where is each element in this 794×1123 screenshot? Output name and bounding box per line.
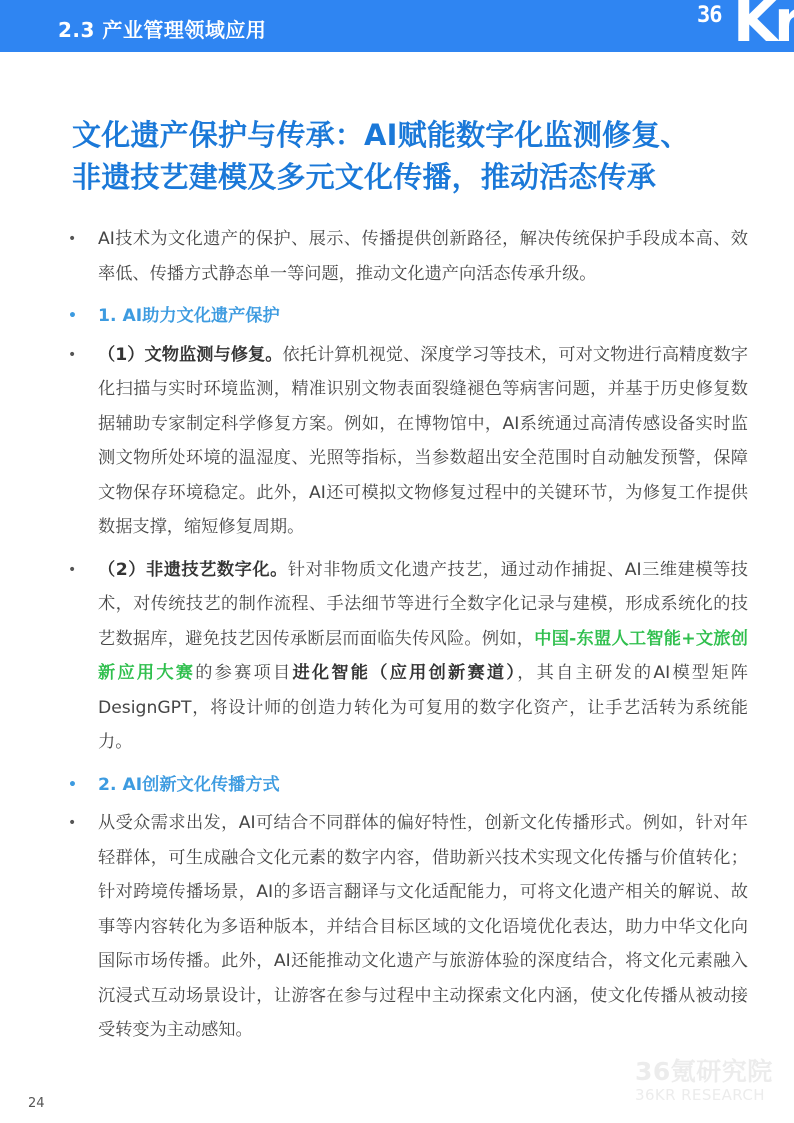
page-title-line-1: 文化遗产保护与传承：AI赋能数字化监测修复、 xyxy=(72,114,752,156)
item-relic-monitoring: （1）文物监测与修复。依托计算机视觉、深度学习等技术，可对文物进行高精度数字化扫… xyxy=(68,338,748,545)
content-body: AI技术为文化遗产的保护、展示、传播提供创新路径，解决传统保护手段成本高、效率低… xyxy=(68,222,748,1048)
section-heading-communication: 2. AI创新文化传播方式 xyxy=(68,768,748,803)
logo-letters: Kr xyxy=(733,0,794,50)
page-title: 文化遗产保护与传承：AI赋能数字化监测修复、 非遗技艺建模及多元文化传播，推动活… xyxy=(72,114,752,198)
item-label: （2）非遗技艺数字化。 xyxy=(98,560,288,580)
section-heading-protection: 1. AI助力文化遗产保护 xyxy=(68,299,748,334)
header-bar: 2.3 产业管理领域应用 36 Kr xyxy=(0,0,794,52)
item-label: （1）文物监测与修复。 xyxy=(98,345,282,365)
project-highlight: 进化智能（应用创新赛道） xyxy=(292,663,517,683)
item-text: 依托计算机视觉、深度学习等技术，可对文物进行高精度数字化扫描与实时环境监测，精准… xyxy=(98,345,748,538)
page-number: 24 xyxy=(28,1096,45,1111)
item-intangible-heritage: （2）非遗技艺数字化。针对非物质文化遗产技艺，通过动作捕捉、AI三维建模等技术，… xyxy=(68,553,748,760)
watermark-cn: 36氪研究院 xyxy=(635,1058,773,1086)
section-title: 2.3 产业管理领域应用 xyxy=(58,14,266,43)
intro-paragraph: AI技术为文化遗产的保护、展示、传播提供创新路径，解决传统保护手段成本高、效率低… xyxy=(68,222,748,291)
research-watermark: 36氪研究院 36KR RESEARCH xyxy=(635,1058,773,1104)
watermark-en: 36KR RESEARCH xyxy=(635,1086,773,1104)
36kr-logo: 36 Kr xyxy=(697,0,794,52)
item-cultural-communication: 从受众需求出发，AI可结合不同群体的偏好特性，创新文化传播形式。例如，针对年轻群… xyxy=(68,806,748,1048)
logo-number: 36 xyxy=(697,3,722,28)
page-title-line-2: 非遗技艺建模及多元文化传播，推动活态传承 xyxy=(72,156,752,198)
item-text: 的参赛项目 xyxy=(195,663,292,683)
